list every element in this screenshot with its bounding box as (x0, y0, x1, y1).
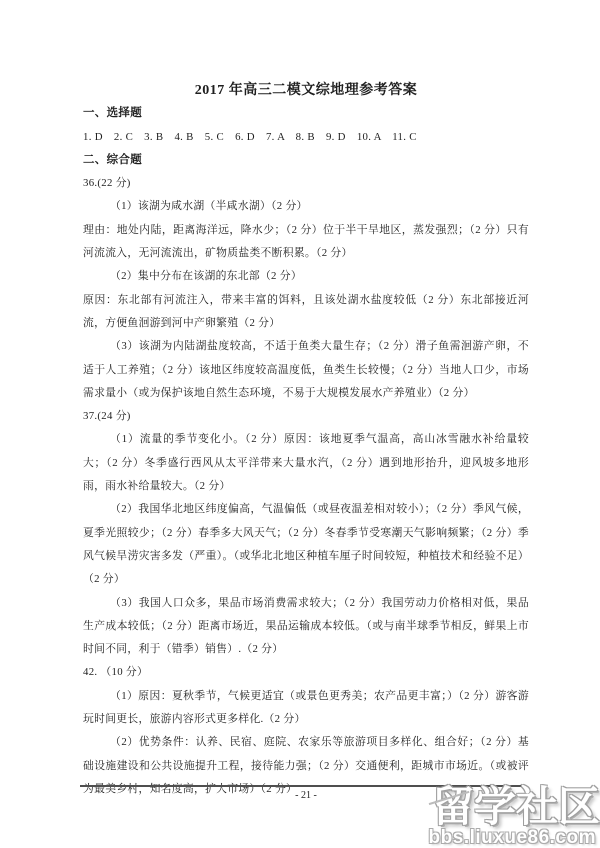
watermark: 留学社区 bbs.liuxue86.com (429, 785, 600, 848)
q37-answer-2: （2）我国华北地区纬度偏高，气温偏低（或昼夜温差相对较小）；（2 分）季风气候，… (83, 498, 529, 591)
q37-header: 37.(24 分) (83, 405, 529, 428)
document-page: 2017 年高三二模文综地理参考答案 一、选择题 1. D 2. C 3. B … (0, 0, 600, 848)
q36-reason-1: 理由：地处内陆，距离海洋远，降水少；（2 分）位于半干旱地区，蒸发强烈；（2 分… (83, 219, 529, 266)
document-content: 2017 年高三二模文综地理参考答案 一、选择题 1. D 2. C 3. B … (83, 79, 529, 801)
q42-answer-1: （1）原因：夏秋季节，气候更适宜（或景色更秀美；农产品更丰富；）（2 分）游客游… (83, 685, 529, 732)
watermark-brand-logo: 留学社区 (429, 785, 600, 829)
section-heading-choice: 一、选择题 (83, 102, 529, 125)
q42-header: 42. （10 分） (83, 661, 529, 684)
q36-reason-2: 原因：东北部有河流注入，带来丰富的饵料，且该处湖水盐度较低（2 分）东北部接近河… (83, 289, 529, 336)
q36-answer-3: （3）该湖为内陆湖盐度较高，不适于鱼类大量生存；（2 分）滑子鱼需洄游产卵，不适… (83, 335, 529, 405)
section-heading-comprehensive: 二、综合题 (83, 149, 529, 172)
q36-header: 36.(22 分) (83, 172, 529, 195)
q36-answer-2: （2）集中分布在该湖的东北部（2 分） (83, 265, 529, 288)
q36-answer-1: （1）该湖为咸水湖（半咸水湖）（2 分） (83, 195, 529, 218)
doc-title: 2017 年高三二模文综地理参考答案 (83, 79, 529, 102)
q37-answer-3: （3）我国人口众多，果品市场消费需求较大；（2 分）我国劳动力价格相对低，果品生… (83, 592, 529, 662)
choice-answers-row: 1. D 2. C 3. B 4. B 5. C 6. D 7. A 8. B … (83, 126, 529, 149)
q37-answer-1: （1）流量的季节变化小。（2 分）原因：该地夏季气温高，高山冰雪融水补给量较大；… (83, 428, 529, 498)
watermark-url: bbs.liuxue86.com (429, 828, 600, 848)
